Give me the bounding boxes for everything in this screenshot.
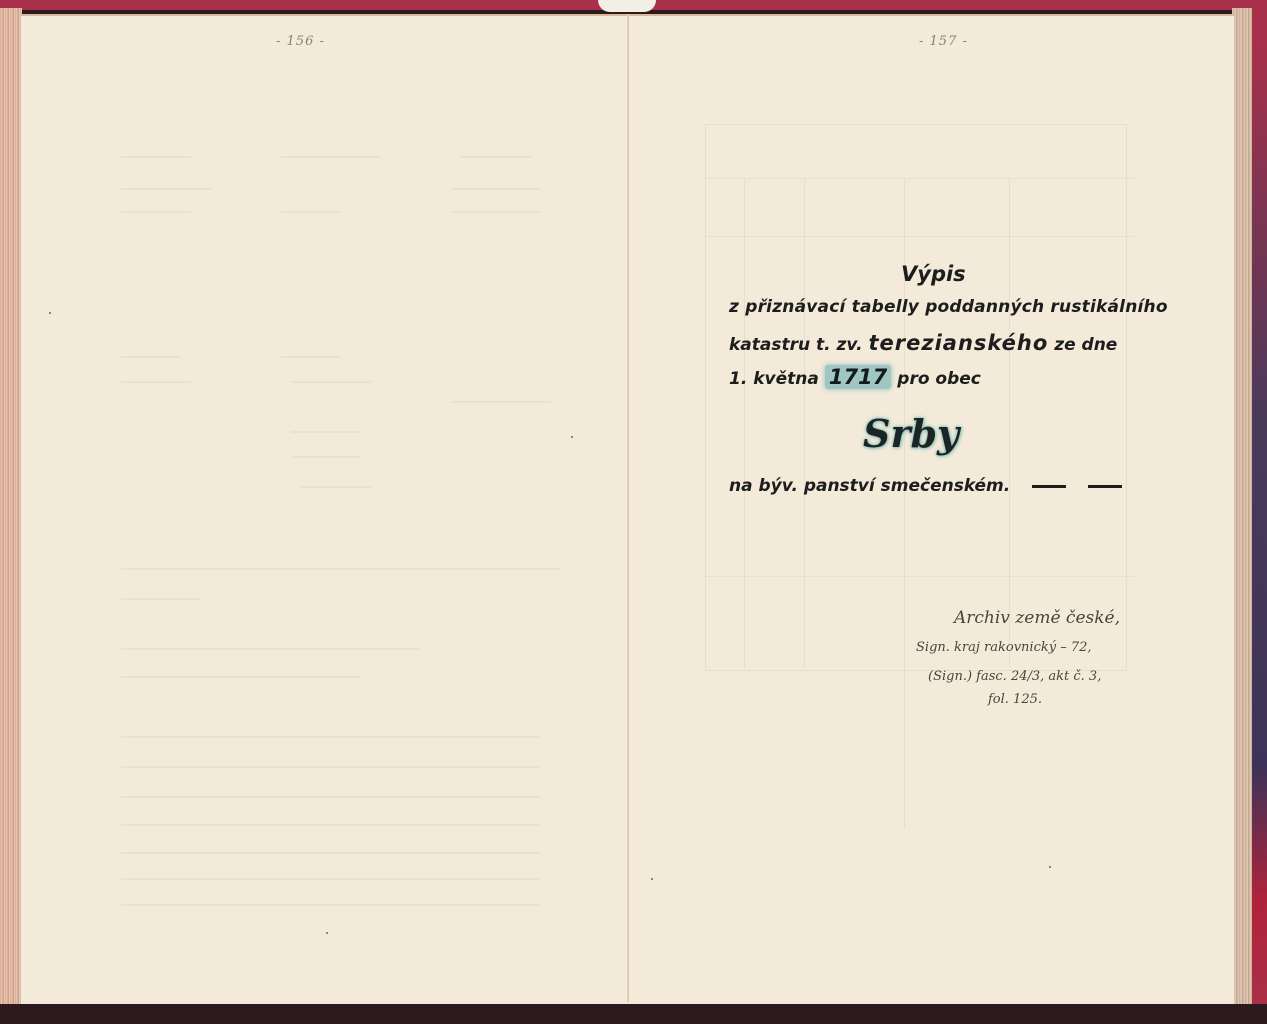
dash-mark: [1088, 485, 1122, 488]
right-page-stack-edge: [1232, 8, 1254, 1004]
bleed-through-mark: [121, 852, 541, 854]
bleed-through-mark: [121, 676, 361, 678]
paper-speck: [49, 312, 51, 314]
archive-note-line-2: Sign. kraj rakovnický – 72,: [916, 640, 1092, 655]
bleed-through-mark: [705, 576, 1135, 577]
bleed-through-mark: [121, 568, 561, 570]
municipality-prefix: pro obec: [897, 369, 981, 389]
bleed-through-mark: [121, 904, 541, 906]
bleed-through-mark: [281, 211, 341, 213]
paper-speck: [651, 878, 653, 880]
scan-background-bottom: [0, 1004, 1267, 1024]
bleed-through-mark: [121, 648, 421, 650]
bleed-through-mark: [451, 211, 541, 213]
bleed-through-mark: [281, 356, 341, 358]
bleed-through-mark: [291, 431, 361, 433]
archive-note-line-1: Archiv země české,: [954, 608, 1120, 628]
bleed-through-mark: [121, 878, 541, 880]
cadastre-name: terezianského: [869, 331, 1049, 355]
description-line-1: z přiznávací tabelly poddanných rustikál…: [729, 297, 1168, 317]
paper-speck: [326, 932, 328, 934]
bleed-through-mark: [121, 766, 541, 768]
bleed-through-mark: [804, 178, 805, 668]
bleed-through-table: [705, 124, 1127, 671]
description-line-3: 1. května1717pro obec: [729, 365, 981, 389]
document-heading: Výpis: [901, 262, 966, 286]
bleed-through-mark: [705, 236, 1135, 237]
bleed-through-mark: [121, 356, 181, 358]
right-page: - 157 - Výpis z přiznávací tabelly podda…: [629, 14, 1235, 1004]
left-page-stack-edge: [0, 8, 22, 1006]
bleed-through-mark: [121, 824, 541, 826]
bleed-through-mark: [281, 156, 381, 158]
estate-line: na býv. panství smečenském.: [729, 476, 1122, 496]
date-prefix: ze dne: [1054, 335, 1117, 355]
bleed-through-mark: [121, 736, 541, 738]
bleed-through-mark: [291, 381, 371, 383]
bleed-through-mark: [1009, 178, 1010, 668]
bleed-through-mark: [301, 486, 371, 488]
right-page-number: - 157 -: [919, 34, 968, 49]
year-highlight: 1717: [825, 365, 891, 389]
bleed-through-mark: [705, 178, 1135, 179]
spine-sheen: [598, 0, 656, 12]
bleed-through-mark: [121, 156, 191, 158]
bleed-through-mark: [121, 598, 201, 600]
dash-mark: [1032, 485, 1066, 488]
archive-note-line-3: (Sign.) fasc. 24/3, akt č. 3,: [928, 669, 1101, 684]
binding-top-edge: [0, 0, 1267, 10]
village-name: Srby: [863, 411, 959, 456]
date-day-month: 1. května: [729, 369, 819, 389]
bleed-through-mark: [744, 178, 745, 668]
estate-text: na býv. panství smečenském.: [729, 476, 1010, 496]
left-page-number: - 156 -: [276, 34, 325, 49]
cadastre-label: katastru t. zv.: [729, 335, 863, 355]
bleed-through-mark: [121, 796, 541, 798]
left-page: - 156 -: [20, 14, 630, 1004]
description-line-2: katastru t. zv. terezianského ze dne: [729, 331, 1117, 355]
bleed-through-mark: [451, 188, 541, 190]
archive-note-line-4: fol. 125.: [988, 692, 1042, 707]
bleed-through-mark: [121, 381, 191, 383]
bleed-through-mark: [451, 401, 551, 403]
paper-speck: [1049, 866, 1051, 868]
bleed-through-mark: [121, 188, 211, 190]
bleed-through-mark: [461, 156, 531, 158]
bleed-through-mark: [291, 456, 361, 458]
book-cover-edge: [1252, 0, 1267, 1024]
bleed-through-mark: [121, 211, 191, 213]
paper-speck: [571, 436, 573, 438]
open-book: - 156 - - 157 -: [0, 0, 1267, 1024]
